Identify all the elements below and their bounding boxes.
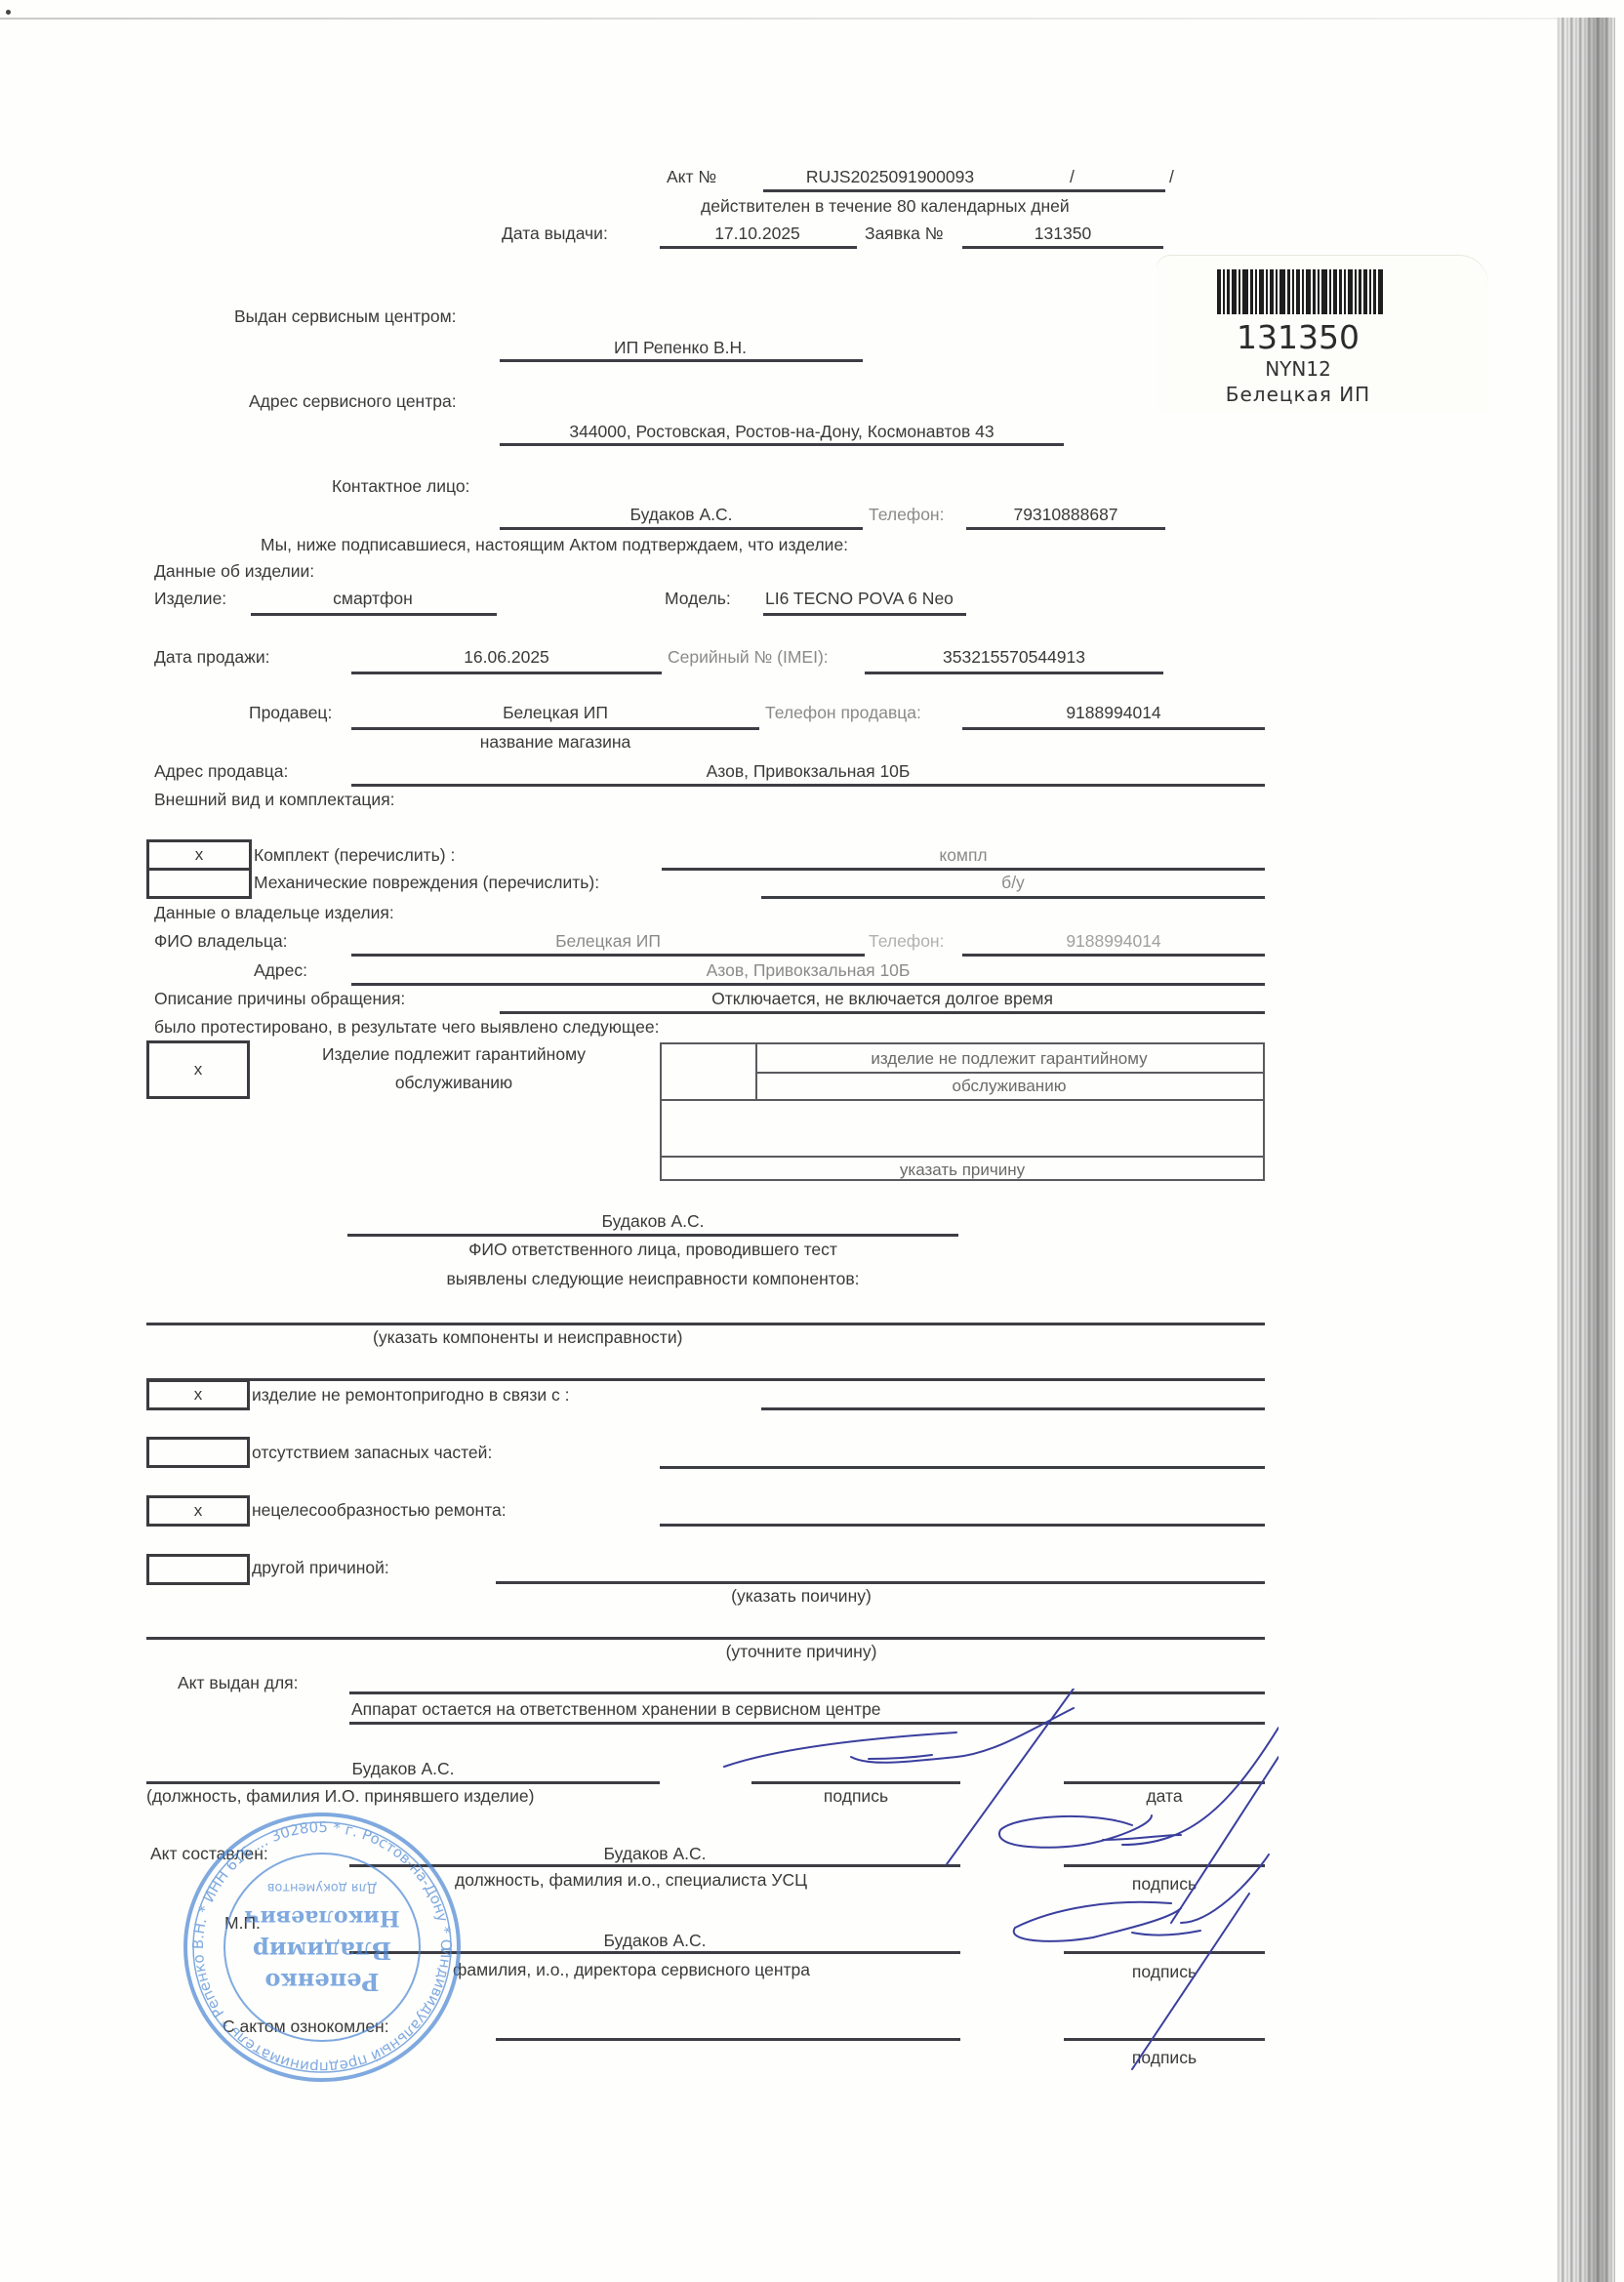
sticker-shop: Белецкая ИП [1157,383,1440,406]
separator-line [146,1378,1265,1381]
serial-label: Серийный № (IMEI): [668,649,829,667]
compiled-name: Будаков А.С. [349,1846,960,1863]
seller-line [351,727,759,730]
inexpedient-line [660,1524,1265,1527]
seller-address-value: Азов, Привокзальная 10Б [351,763,1265,781]
serial-value: 353215570544913 [865,649,1163,667]
confirm-text: Мы, ниже подписавшиеся, настоящим Актом … [261,537,848,554]
other-reason-hint: (указать поичину) [496,1588,1107,1606]
seller-phone-label: Телефон продавца: [765,705,921,722]
contact-phone-line [966,527,1165,530]
unrepairable-line [761,1407,1265,1410]
barcode-icon [1217,269,1406,314]
appearance-section-label: Внешний вид и комплектация: [154,792,395,809]
issue-date-label: Дата выдачи: [502,225,608,243]
issued-for-label: Акт выдан для: [178,1675,299,1692]
no-warranty-hint: указать причину [662,1161,1263,1180]
seller-phone-value: 9188994014 [962,705,1265,722]
compiled-hint: должность, фамилия и.о., специалиста УСЦ [455,1872,807,1890]
reason-line [500,1011,1265,1014]
no-parts-label: отсутствием запасных частей: [252,1445,492,1462]
issue-date-value: 17.10.2025 [660,225,855,243]
seller-address-line [351,784,1265,787]
director-signature-hint: подпись [1064,1964,1265,1981]
sc-address-value: 344000, Ростовская, Ростов-на-Дону, Косм… [500,424,1064,441]
serial-line [865,672,1163,674]
owner-name-value: Белецкая ИП [351,933,865,951]
sale-date-value: 16.06.2025 [351,649,662,667]
no-warranty-text-line1: изделие не подлежит гарантийному [755,1049,1263,1069]
issue-date-line [660,246,857,249]
no-parts-line [660,1466,1265,1469]
receiver-name: Будаков А.С. [146,1761,660,1778]
issued-for-line-top [349,1691,1265,1694]
compiled-signature-line[interactable] [1064,1864,1265,1867]
director-line [349,1951,960,1954]
tested-text: было протестировано, в результате чего в… [154,1019,659,1037]
act-number-line [763,189,1165,192]
issued-by-line [500,359,863,362]
act-number-label: Акт № [667,169,716,186]
other-reason-label: другой причиной: [252,1560,389,1577]
receiver-hint: (должность, фамилия И.О. принявшего изде… [146,1788,534,1806]
owner-name-line [351,954,865,957]
director-signature-line[interactable] [1064,1951,1265,1954]
clarify-line [146,1637,1265,1640]
acquainted-signature-hint: подпись [1064,2050,1265,2067]
inexpedient-label: нецелесообразностью ремонта: [252,1502,507,1520]
seller-phone-line [962,727,1265,730]
kit-value: компл [662,847,1265,865]
sticker-code: NYN12 [1157,357,1440,381]
faults-hint: (указать компоненты и неисправности) [373,1329,682,1347]
request-number-value: 131350 [962,225,1163,243]
kit-label: Комплект (перечислить) : [254,847,455,865]
model-value: LI6 TECNO POVA 6 Neo [765,591,966,608]
tester-name: Будаков А.С. [347,1213,958,1231]
scan-right-edge [1557,18,1615,2282]
model-line [763,613,966,616]
stamp-place-label: М.П. [224,1915,261,1933]
faults-line [146,1323,1265,1325]
contact-phone-label: Телефон: [869,507,944,524]
director-name: Будаков А.С. [349,1933,960,1950]
compiled-signature-hint: подпись [1064,1876,1265,1894]
warranty-checkbox[interactable]: х [146,1040,250,1099]
table-divider [755,1072,1263,1074]
issued-by-value: ИП Репенко В.Н. [500,340,861,357]
act-slash-1: / [1070,169,1075,186]
owner-address-label: Адрес: [254,962,307,980]
no-warranty-text-line2: обслуживанию [755,1077,1263,1096]
contact-label: Контактное лицо: [332,478,469,496]
reason-label: Описание причины обращения: [154,991,405,1008]
acquainted-line[interactable] [496,2038,960,2041]
receiver-date-hint: дата [1064,1788,1265,1806]
warranty-check-mark: х [149,1060,247,1080]
scan-top-edge [0,18,1562,20]
issued-for-value: Аппарат остается на ответственном хранен… [351,1701,881,1719]
sticker-number: 131350 [1157,318,1440,356]
contact-value: Будаков А.С. [500,507,863,524]
act-slash-2: / [1169,169,1174,186]
seller-address-label: Адрес продавца: [154,763,288,781]
director-hint: фамилия, и.о., директора сервисного цент… [453,1962,810,1979]
inexpedient-checkbox[interactable]: х [146,1495,250,1527]
unrepairable-checkbox[interactable]: х [146,1379,250,1410]
acquainted-label: С актом ознокомлен: [223,2018,389,2036]
inexpedient-check-mark: х [149,1501,247,1521]
seller-label: Продавец: [249,705,332,722]
receiver-line [146,1781,660,1784]
svg-text:Репенко: Репенко [264,1968,379,1996]
act-number-value: RUJS2025091900093 [763,169,1017,186]
damage-line [761,896,1265,899]
sc-address-label: Адрес сервисного центра: [249,393,457,411]
unrepairable-check-mark: х [149,1385,247,1405]
sale-date-label: Дата продажи: [154,649,269,667]
owner-phone-value: 9188994014 [962,933,1265,951]
validity-text: действителен в течение 80 календарных дн… [701,198,1070,216]
table-divider [662,1099,1263,1101]
receiver-date-line[interactable] [1064,1781,1265,1784]
table-divider [662,1156,1263,1158]
sale-date-line [351,672,662,674]
contact-phone-value: 79310888687 [966,507,1165,524]
tester-hint: ФИО ответственного лица, проводившего те… [347,1242,958,1259]
kit-check-mark: х [149,845,249,865]
svg-text:Для документов: Для документов [267,1880,377,1895]
kit-line [662,868,1265,871]
item-line [251,613,497,616]
owner-address-value: Азов, Привокзальная 10Б [351,962,1265,980]
warranty-text-line2: обслуживанию [283,1075,625,1092]
damage-checkbox[interactable] [146,868,252,899]
seller-hint: название магазина [351,734,759,752]
receiver-signature-hint: подпись [751,1788,960,1806]
no-parts-checkbox[interactable] [146,1437,250,1468]
acquainted-signature-line[interactable] [1064,2038,1265,2041]
request-number-label: Заявка № [865,225,944,243]
no-warranty-checkbox[interactable] [662,1044,755,1099]
model-label: Модель: [665,591,731,608]
barcode-sticker: 131350 NYN12 Белецкая ИП [1157,256,1488,412]
product-section-label: Данные об изделии: [154,563,314,581]
sc-address-line [500,443,1064,446]
issued-for-line-bottom [349,1722,1265,1725]
clarify-hint: (уточните причину) [496,1644,1107,1661]
svg-text:Николаевич: Николаевич [244,1905,399,1931]
tester-line [347,1234,958,1237]
owner-phone-label: Телефон: [869,933,944,951]
other-reason-line [496,1581,1265,1584]
unrepairable-label: изделие не ремонтопригодно в связи с : [252,1387,570,1405]
receiver-signature-line[interactable] [751,1781,960,1784]
item-value: смартфон [251,591,495,608]
damage-label: Механические повреждения (перечислить): [254,875,599,892]
kit-checkbox[interactable]: х [146,839,252,871]
owner-name-label: ФИО владельца: [154,933,288,951]
warranty-text-line1: Изделие подлежит гарантийному [283,1046,625,1064]
request-number-line [962,246,1163,249]
owner-section-label: Данные о владельце изделия: [154,905,394,922]
scan-speck [6,10,11,15]
compiled-label: Акт составлен: [150,1846,268,1863]
owner-phone-line [962,954,1265,957]
issued-by-label: Выдан сервисным центром: [234,308,457,326]
item-label: Изделие: [154,591,226,608]
other-reason-checkbox[interactable] [146,1554,250,1585]
damage-value: б/у [761,875,1265,892]
contact-line [500,527,863,530]
compiled-line [349,1864,960,1867]
faults-text: выявлены следующие неисправности компоне… [347,1271,958,1288]
no-warranty-table: изделие не подлежит гарантийному обслужи… [660,1042,1265,1181]
seller-value: Белецкая ИП [351,705,759,722]
owner-address-line [351,983,1265,986]
reason-value: Отключается, не включается долгое время [500,991,1265,1008]
